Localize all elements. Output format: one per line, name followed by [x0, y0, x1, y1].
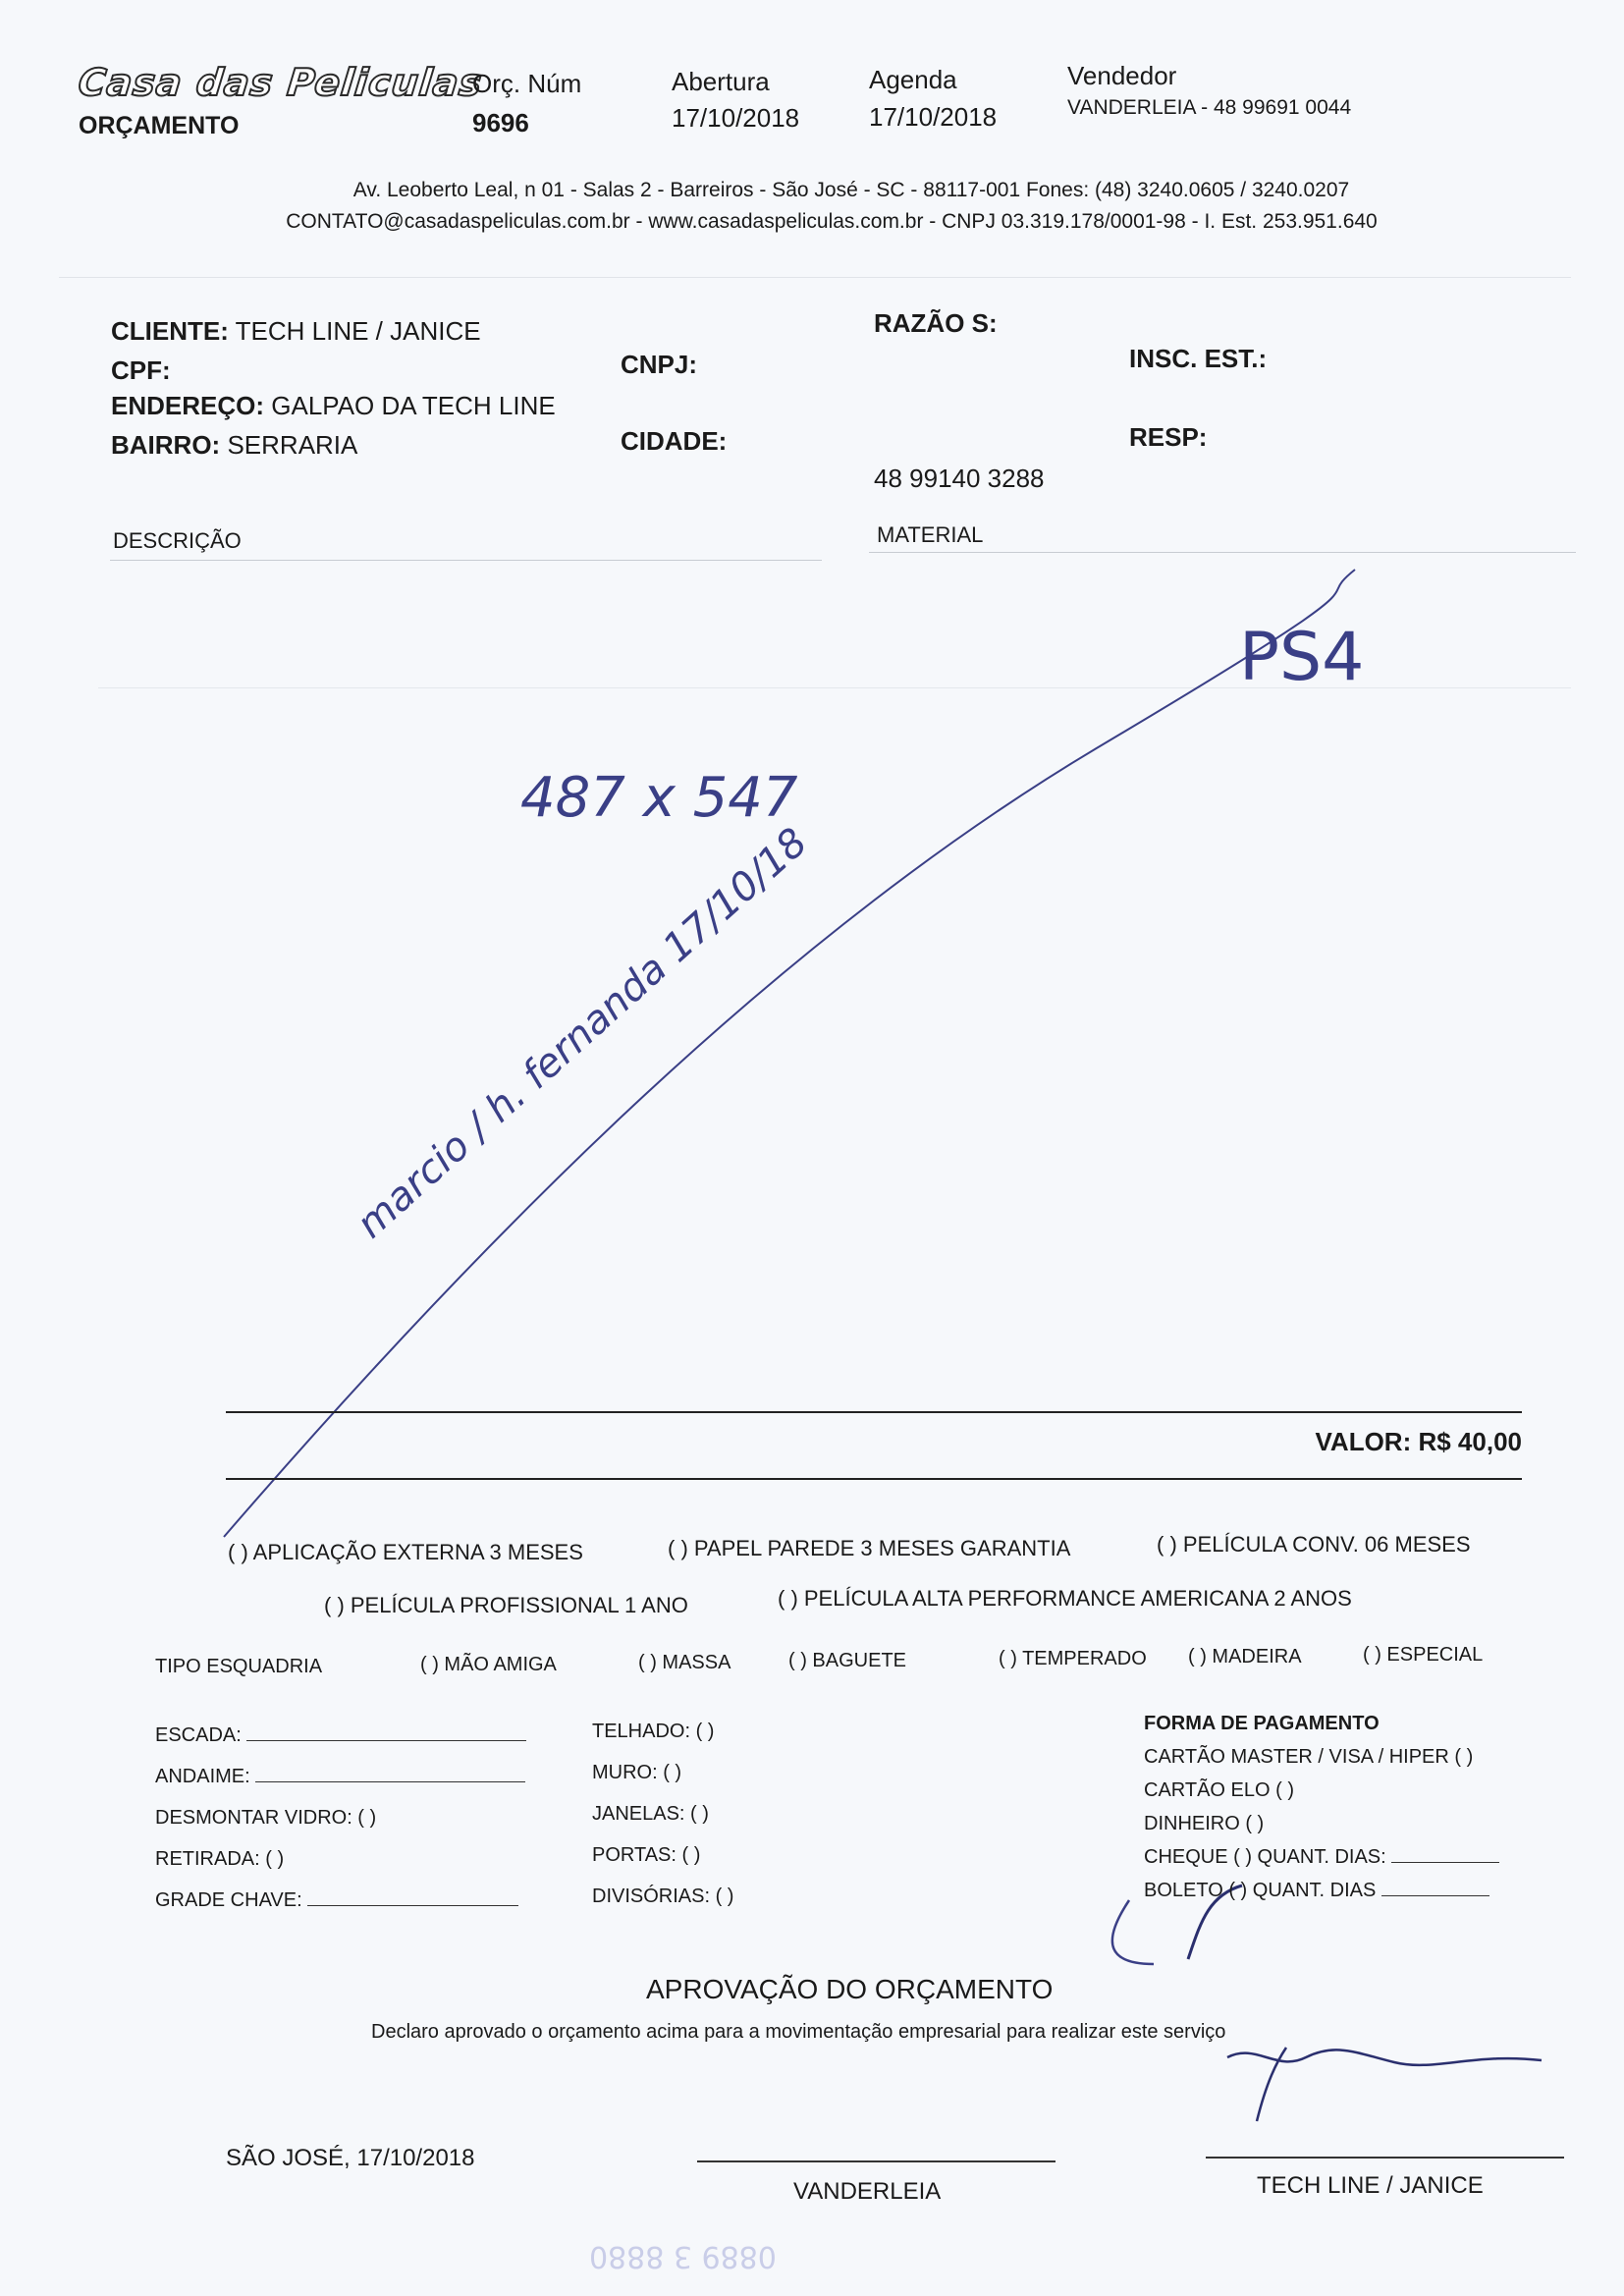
cliente-value: TECH LINE / JANICE	[236, 316, 481, 346]
payment-cartao-master[interactable]: CARTÃO MASTER / VISA / HIPER ( )	[1144, 1746, 1473, 1769]
bairro-label: BAIRRO:	[111, 430, 220, 460]
vendedor-label: Vendedor	[1067, 61, 1176, 91]
desmontar-vidro-option[interactable]: DESMONTAR VIDRO: ( )	[155, 1807, 376, 1830]
cliente-field: CLIENTE: TECH LINE / JANICE	[111, 316, 481, 347]
endereco-value: GALPAO DA TECH LINE	[271, 391, 555, 420]
valor-field: VALOR: R$ 40,00	[1316, 1427, 1523, 1457]
client-signature-line[interactable]	[1206, 2157, 1564, 2159]
esquadria-especial[interactable]: ( ) ESPECIAL	[1363, 1644, 1483, 1667]
esquadria-label: TIPO ESQUADRIA	[155, 1656, 322, 1678]
abertura-value: 17/10/2018	[672, 103, 799, 134]
descricao-divider	[110, 560, 822, 561]
payment-boleto[interactable]: BOLETO ( ) QUANT. DIAS	[1144, 1880, 1489, 1902]
material-label: MATERIAL	[877, 522, 983, 548]
seller-signature-label: VANDERLEIA	[793, 2178, 941, 2206]
razao-social-label: RAZÃO S:	[874, 308, 998, 339]
client-signature-label: TECH LINE / JANICE	[1257, 2172, 1484, 2200]
agenda-value: 17/10/2018	[869, 102, 997, 133]
retirada-option[interactable]: RETIRADA: ( )	[155, 1848, 284, 1871]
company-contact: CONTATO@casadaspeliculas.com.br - www.ca…	[20, 210, 1624, 234]
portas-option[interactable]: PORTAS: ( )	[592, 1844, 700, 1867]
cnpj-label: CNPJ:	[621, 350, 697, 380]
andaime-field[interactable]: ANDAIME:	[155, 1766, 525, 1788]
payment-cheque-label: CHEQUE ( ) QUANT. DIAS:	[1144, 1846, 1386, 1868]
option-pelicula-conv[interactable]: ( ) PELÍCULA CONV. 06 MESES	[1157, 1532, 1471, 1558]
endereco-field: ENDEREÇO: GALPAO DA TECH LINE	[111, 391, 556, 421]
document-type: ORÇAMENTO	[79, 112, 239, 140]
cpf-label: CPF:	[111, 355, 171, 386]
approval-declaration: Declaro aprovado o orçamento acima para …	[371, 2021, 1225, 2044]
muro-option[interactable]: MURO: ( )	[592, 1762, 681, 1784]
handwritten-code: PS4	[1239, 619, 1364, 696]
footer-scribble: 0889 3 8880	[589, 2239, 777, 2273]
endereco-label: ENDEREÇO:	[111, 391, 264, 420]
janelas-option[interactable]: JANELAS: ( )	[592, 1803, 709, 1826]
insc-est-label: INSC. EST.:	[1129, 344, 1267, 374]
payment-title: FORMA DE PAGAMENTO	[1144, 1713, 1380, 1735]
esquadria-massa[interactable]: ( ) MASSA	[638, 1652, 731, 1674]
handwritten-note: marcio / h. fernanda 17/10/18	[349, 820, 817, 1248]
payment-cheque[interactable]: CHEQUE ( ) QUANT. DIAS:	[1144, 1846, 1499, 1869]
escada-input-line[interactable]	[246, 1740, 526, 1741]
cidade-label: CIDADE:	[621, 426, 727, 457]
boleto-dias-input-line[interactable]	[1381, 1895, 1489, 1896]
payment-boleto-label: BOLETO ( ) QUANT. DIAS	[1144, 1880, 1376, 1901]
agenda-label: Agenda	[869, 65, 957, 95]
seller-signature-line[interactable]	[697, 2160, 1056, 2162]
escada-label: ESCADA:	[155, 1724, 242, 1746]
client-phone: 48 99140 3288	[874, 464, 1045, 494]
valor-value: R$ 40,00	[1418, 1427, 1522, 1456]
andaime-input-line[interactable]	[255, 1781, 525, 1782]
escada-field[interactable]: ESCADA:	[155, 1724, 526, 1747]
divisorias-option[interactable]: DIVISÓRIAS: ( )	[592, 1886, 733, 1908]
payment-cartao-elo[interactable]: CARTÃO ELO ( )	[1144, 1779, 1294, 1802]
place-date: SÃO JOSÉ, 17/10/2018	[226, 2145, 475, 2172]
valor-top-rule	[226, 1411, 1522, 1413]
option-pelicula-profissional[interactable]: ( ) PELÍCULA PROFISSIONAL 1 ANO	[324, 1593, 688, 1618]
orc-num-value: 9696	[472, 108, 529, 138]
approval-title: APROVAÇÃO DO ORÇAMENTO	[646, 1974, 1053, 2005]
company-logo: Casa das Peliculas	[77, 61, 485, 104]
esquadria-temperado[interactable]: ( ) TEMPERADO	[999, 1648, 1147, 1670]
esquadria-mao-amiga[interactable]: ( ) MÃO AMIGA	[420, 1654, 557, 1676]
company-address: Av. Leoberto Leal, n 01 - Salas 2 - Barr…	[39, 179, 1624, 202]
cliente-label: CLIENTE:	[111, 316, 229, 346]
andaime-label: ANDAIME:	[155, 1766, 250, 1787]
grade-chave-field[interactable]: GRADE CHAVE:	[155, 1889, 518, 1912]
resp-label: RESP:	[1129, 422, 1207, 453]
boleto-check-mark	[1112, 1900, 1154, 1964]
vendedor-value: VANDERLEIA - 48 99691 0044	[1067, 96, 1351, 120]
orc-num-label: Orç. Núm	[472, 69, 581, 99]
valor-label: VALOR:	[1316, 1427, 1412, 1456]
header-divider	[59, 277, 1571, 278]
handwritten-dimensions: 487 x 547	[520, 766, 798, 830]
abertura-label: Abertura	[672, 67, 770, 97]
option-papel-parede[interactable]: ( ) PAPEL PAREDE 3 MESES GARANTIA	[668, 1536, 1070, 1561]
client-signature-ink	[1227, 2050, 1542, 2065]
grade-chave-label: GRADE CHAVE:	[155, 1889, 302, 1911]
bairro-value: SERRARIA	[227, 430, 357, 460]
telhado-option[interactable]: TELHADO: ( )	[592, 1721, 714, 1743]
option-pelicula-alta-performance[interactable]: ( ) PELÍCULA ALTA PERFORMANCE AMERICANA …	[778, 1586, 1352, 1612]
bairro-field: BAIRRO: SERRARIA	[111, 430, 357, 461]
valor-bottom-rule	[226, 1478, 1522, 1480]
material-divider	[869, 552, 1576, 553]
esquadria-madeira[interactable]: ( ) MADEIRA	[1188, 1646, 1302, 1668]
grade-chave-input-line[interactable]	[307, 1905, 518, 1906]
esquadria-baguete[interactable]: ( ) BAGUETE	[788, 1650, 906, 1672]
descricao-label: DESCRIÇÃO	[113, 528, 242, 554]
payment-dinheiro[interactable]: DINHEIRO ( )	[1144, 1813, 1264, 1835]
option-aplicacao-externa[interactable]: ( ) APLICAÇÃO EXTERNA 3 MESES	[228, 1540, 583, 1565]
cheque-dias-input-line[interactable]	[1391, 1862, 1499, 1863]
